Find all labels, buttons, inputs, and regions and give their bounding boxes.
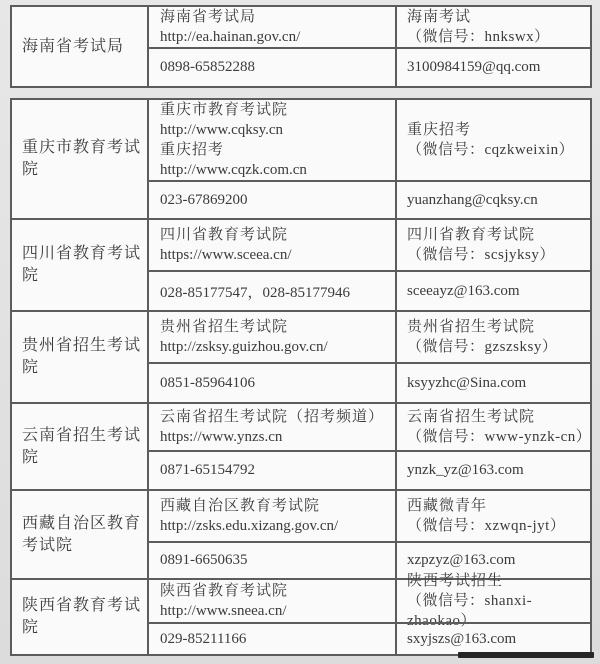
site-title: 重庆市教育考试院 xyxy=(160,100,389,120)
wechat-cell: 四川省教育考试院 （微信号：scsjyksy） xyxy=(397,220,590,270)
site-title: 陕西省教育考试院 xyxy=(160,581,389,601)
site-url: http://zsks.edu.xizang.gov.cn/ xyxy=(160,516,389,536)
email-cell: sceeayz@163.com xyxy=(397,270,590,310)
org-name-cell: 西藏自治区教育考试院 xyxy=(12,491,149,578)
site-url: http://www.sneea.cn/ xyxy=(160,601,389,621)
province-block-yunnan: 云南省招生考试院 云南省招生考试院（招考频道） https://www.ynzs… xyxy=(12,402,590,489)
email-address: 3100984159@qq.com xyxy=(407,59,590,76)
site-title: 贵州省招生考试院 xyxy=(160,317,389,337)
website-cell: 云南省招生考试院（招考频道） https://www.ynzs.cn xyxy=(149,404,397,450)
phone-cell: 0898-65852288 xyxy=(149,47,397,86)
phone-number: 028-85177547，028-85177946 xyxy=(160,281,395,302)
org-name-cell: 海南省考试局 xyxy=(12,7,149,86)
wechat-cell: 海南考试 （微信号：hnkswx） xyxy=(397,7,590,47)
org-name-cell: 四川省教育考试院 xyxy=(12,220,149,310)
email-address: sxyjszs@163.com xyxy=(407,631,590,648)
wechat-cell: 重庆招考 （微信号：cqzkweixin） xyxy=(397,100,590,180)
wechat-cell: 西藏微青年 （微信号：xzwqn-jyt） xyxy=(397,491,590,541)
wechat-account-name: 四川省教育考试院 xyxy=(407,225,586,245)
scan-shadow-artifact xyxy=(458,652,594,658)
wechat-account-name: 云南省招生考试院 xyxy=(407,407,586,427)
email-address: sceeayz@163.com xyxy=(407,283,590,300)
org-name: 云南省招生考试院 xyxy=(22,425,141,469)
site-title: 西藏自治区教育考试院 xyxy=(160,496,389,516)
wechat-cell: 贵州省招生考试院 （微信号：gzszsksy） xyxy=(397,312,590,362)
email-cell: ksyyzhc@Sina.com xyxy=(397,362,590,402)
site-url: https://www.ynzs.cn xyxy=(160,427,389,447)
website-cell: 海南省考试局 http://ea.hainan.gov.cn/ xyxy=(149,7,397,47)
phone-cell: 023-67869200 xyxy=(149,180,397,218)
email-address: ksyyzhc@Sina.com xyxy=(407,375,590,392)
table-provinces: 重庆市教育考试院 重庆市教育考试院 http://www.cqksy.cn 重庆… xyxy=(10,98,592,656)
site-url-2: http://www.cqzk.com.cn xyxy=(160,160,389,180)
site-url: http://www.cqksy.cn xyxy=(160,120,389,140)
site-title-2: 重庆招考 xyxy=(160,140,389,160)
wechat-id: （微信号：www-ynzk-cn） xyxy=(407,427,586,447)
province-block-shaanxi: 陕西省教育考试院 陕西省教育考试院 http://www.sneea.cn/ 陕… xyxy=(12,578,590,654)
wechat-account-name: 陕西考试招生 xyxy=(407,571,586,591)
wechat-id: （微信号：xzwqn-jyt） xyxy=(407,516,586,536)
wechat-account-name: 海南考试 xyxy=(407,7,586,27)
org-name: 海南省考试局 xyxy=(22,36,141,58)
phone-number: 023-67869200 xyxy=(160,192,395,209)
province-block-hainan: 海南省考试局 海南省考试局 http://ea.hainan.gov.cn/ 海… xyxy=(12,7,590,86)
phone-cell: 0871-65154792 xyxy=(149,450,397,489)
phone-number: 0851-85964106 xyxy=(160,375,395,392)
email-cell: ynzk_yz@163.com xyxy=(397,450,590,489)
province-block-sichuan: 四川省教育考试院 四川省教育考试院 https://www.sceea.cn/ … xyxy=(12,218,590,310)
phone-number: 0898-65852288 xyxy=(160,59,395,76)
province-block-xizang: 西藏自治区教育考试院 西藏自治区教育考试院 http://zsks.edu.xi… xyxy=(12,489,590,578)
org-name: 四川省教育考试院 xyxy=(22,243,141,287)
org-name: 陕西省教育考试院 xyxy=(22,595,141,639)
website-cell: 西藏自治区教育考试院 http://zsks.edu.xizang.gov.cn… xyxy=(149,491,397,541)
wechat-cell: 陕西考试招生 （微信号：shanxi-zhaokao） xyxy=(397,580,590,622)
wechat-id: （微信号：gzszsksy） xyxy=(407,337,586,357)
email-cell: 3100984159@qq.com xyxy=(397,47,590,86)
org-name: 西藏自治区教育考试院 xyxy=(22,513,141,557)
site-url: http://ea.hainan.gov.cn/ xyxy=(160,27,389,47)
email-cell: yuanzhang@cqksy.cn xyxy=(397,180,590,218)
table-hainan: 海南省考试局 海南省考试局 http://ea.hainan.gov.cn/ 海… xyxy=(10,5,592,88)
wechat-id: （微信号：scsjyksy） xyxy=(407,245,586,265)
site-title: 四川省教育考试院 xyxy=(160,225,389,245)
phone-cell: 028-85177547，028-85177946 xyxy=(149,270,397,310)
org-name-cell: 重庆市教育考试院 xyxy=(12,100,149,218)
site-title: 云南省招生考试院（招考频道） xyxy=(160,407,389,427)
email-address: xzpzyz@163.com xyxy=(407,552,590,569)
phone-number: 0871-65154792 xyxy=(160,462,395,479)
phone-cell: 0851-85964106 xyxy=(149,362,397,402)
org-name-cell: 云南省招生考试院 xyxy=(12,404,149,489)
phone-number: 0891-6650635 xyxy=(160,552,395,569)
site-title: 海南省考试局 xyxy=(160,7,389,27)
phone-number: 029-85211166 xyxy=(160,631,395,648)
wechat-account-name: 西藏微青年 xyxy=(407,496,586,516)
org-name-cell: 陕西省教育考试院 xyxy=(12,580,149,654)
org-name: 贵州省招生考试院 xyxy=(22,335,141,379)
website-cell: 四川省教育考试院 https://www.sceea.cn/ xyxy=(149,220,397,270)
wechat-id: （微信号：hnkswx） xyxy=(407,27,586,47)
email-cell: sxyjszs@163.com xyxy=(397,622,590,654)
website-cell: 重庆市教育考试院 http://www.cqksy.cn 重庆招考 http:/… xyxy=(149,100,397,180)
wechat-id: （微信号：cqzkweixin） xyxy=(407,140,586,160)
phone-cell: 0891-6650635 xyxy=(149,541,397,578)
website-cell: 贵州省招生考试院 http://zsksy.guizhou.gov.cn/ xyxy=(149,312,397,362)
site-url: https://www.sceea.cn/ xyxy=(160,245,389,265)
email-address: yuanzhang@cqksy.cn xyxy=(407,192,590,209)
province-block-guizhou: 贵州省招生考试院 贵州省招生考试院 http://zsksy.guizhou.g… xyxy=(12,310,590,402)
phone-cell: 029-85211166 xyxy=(149,622,397,654)
province-block-chongqing: 重庆市教育考试院 重庆市教育考试院 http://www.cqksy.cn 重庆… xyxy=(12,100,590,218)
org-name-cell: 贵州省招生考试院 xyxy=(12,312,149,402)
email-address: ynzk_yz@163.com xyxy=(407,462,590,479)
wechat-account-name: 贵州省招生考试院 xyxy=(407,317,586,337)
website-cell: 陕西省教育考试院 http://www.sneea.cn/ xyxy=(149,580,397,622)
wechat-account-name: 重庆招考 xyxy=(407,120,586,140)
site-url: http://zsksy.guizhou.gov.cn/ xyxy=(160,337,389,357)
org-name: 重庆市教育考试院 xyxy=(22,137,141,181)
wechat-cell: 云南省招生考试院 （微信号：www-ynzk-cn） xyxy=(397,404,590,450)
